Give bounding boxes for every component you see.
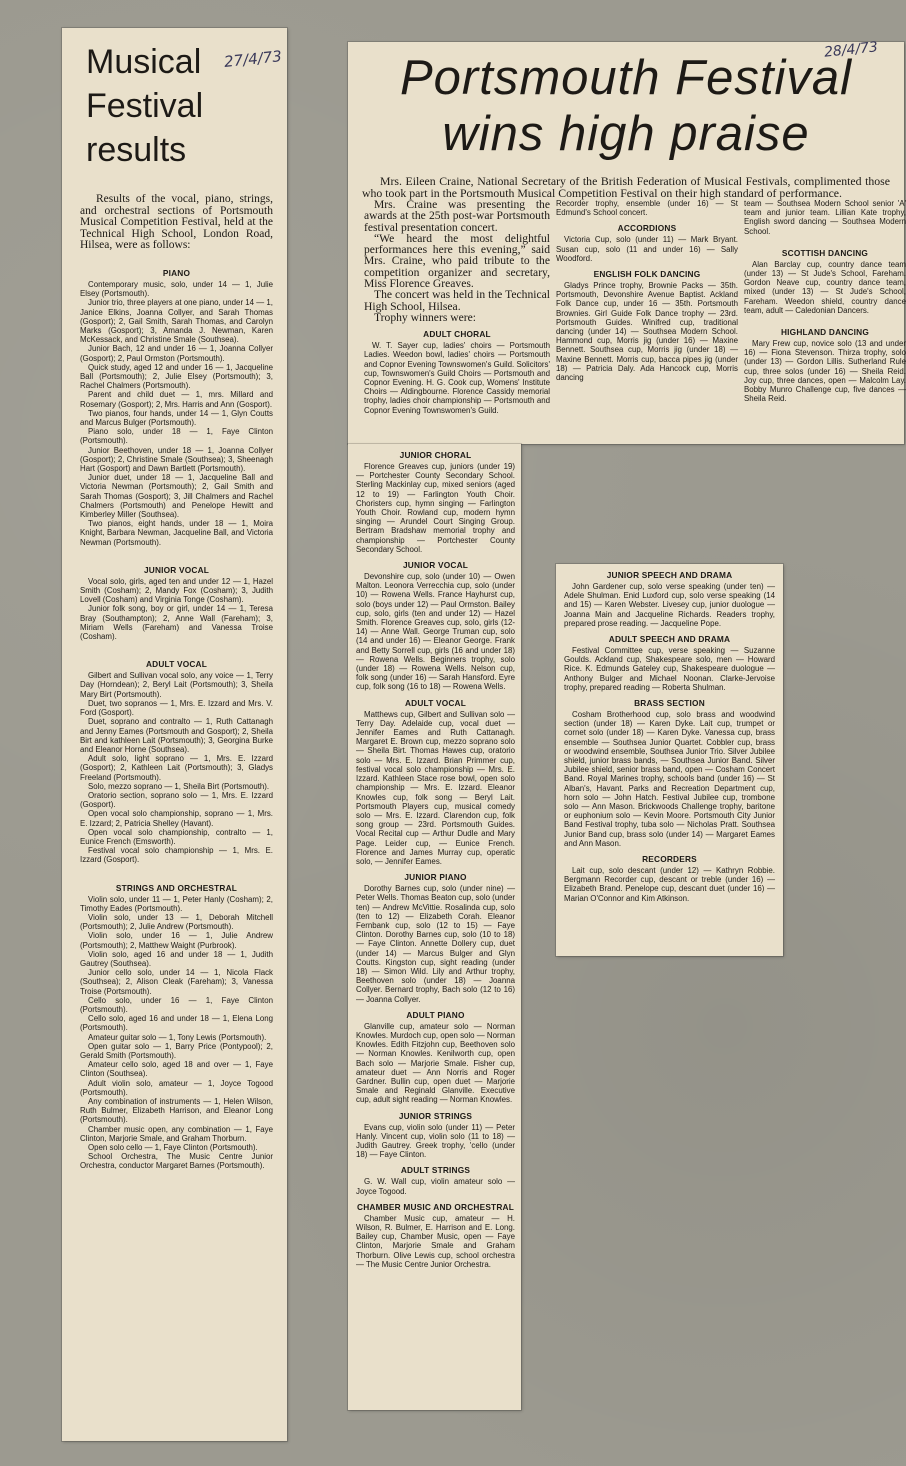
trophy-entry: Glanville cup, amateur solo — Norman Kno… [356,1022,515,1105]
section-heading: ADULT STRINGS [356,1165,515,1175]
article-paragraph: Mrs. Craine was presenting the awards at… [364,199,550,233]
section-heading: ACCORDIONS [556,223,738,233]
result-entry: Any combination of instruments — 1, Hele… [80,1097,273,1125]
result-entry: Open guitar solo — 1, Barry Price (Ponty… [80,1042,273,1060]
section-heading: ENGLISH FOLK DANCING [556,269,738,279]
result-entry: Junior folk song, boy or girl, under 14 … [80,604,273,641]
section-heading: JUNIOR VOCAL [356,560,515,570]
section-heading: SCOTTISH DANCING [744,248,906,258]
trophy-entry: G. W. Wall cup, violin amateur solo — Jo… [356,1177,515,1195]
left-clipping-musical-festival-results: 27/4/73 Musical Festival results Results… [62,28,287,1441]
section-heading: PIANO [80,268,273,278]
article-paragraph: “We heard the most delightful performanc… [364,233,550,289]
result-entry: Two pianos, four hands, under 14 — 1, Gl… [80,409,273,427]
result-entry: Junior trio, three players at one piano,… [80,298,273,344]
result-entry: Open vocal solo championship, soprano — … [80,809,273,827]
result-entry: Junior Beethoven, under 18 — 1, Joanna C… [80,446,273,474]
result-entry: Adult solo, light soprano — 1, Mrs. E. I… [80,754,273,782]
trophy-entry: Dorothy Barnes cup, solo (under nine) — … [356,884,515,1004]
result-entry: Violin solo, under 16 — 1, Julie Andrew … [80,931,273,949]
lower-column-continuation: JUNIOR CHORALFlorence Greaves cup, junio… [348,444,521,1410]
section-heading: ADULT VOCAL [80,659,273,669]
section-heading: STRINGS AND ORCHESTRAL [80,883,273,893]
trophy-entry: Festival Committee cup, verse speaking —… [564,646,775,692]
result-entry: Parent and child duet — 1, mrs. Millard … [80,390,273,408]
trophy-entry: Cosham Brotherhood cup, solo brass and w… [564,710,775,848]
column-3: team — Southsea Modern School senior 'A'… [744,199,906,403]
section-heading: ADULT CHORAL [364,329,550,339]
result-entry: Duet, soprano and contralto — 1, Ruth Ca… [80,717,273,754]
article-columns: Mrs. Craine was presenting the awards at… [356,199,896,429]
section-heading: JUNIOR VOCAL [80,565,273,575]
result-entry: Two pianos, eight hands, under 18 — 1, M… [80,519,273,547]
result-entry: Junior duet, under 18 — 1, Jacqueline Ba… [80,473,273,519]
result-entry: School Orchestra, The Music Centre Junio… [80,1152,273,1170]
result-entry: Duet, two sopranos — 1, Mrs. E. Izzard a… [80,699,273,717]
headline: Portsmouth Festival wins high praise [356,50,896,162]
trophy-entry: Alan Barclay cup, country dance team (un… [744,260,906,315]
result-entry: Open vocal solo championship, contralto … [80,828,273,846]
section-heading: HIGHLAND DANCING [744,327,906,337]
result-entry: Violin solo, under 11 — 1, Peter Hanly (… [80,895,273,913]
column-1: Mrs. Craine was presenting the awards at… [364,199,550,415]
section-heading: ADULT PIANO [356,1010,515,1020]
section-heading: JUNIOR CHORAL [356,450,515,460]
result-entry: Adult violin solo, amateur — 1, Joyce To… [80,1079,273,1097]
result-entry: Oratorio section, soprano solo — 1, Mrs.… [80,791,273,809]
side-clipping-speech-brass-recorders: JUNIOR SPEECH AND DRAMAJohn Gardener cup… [556,564,783,956]
trophy-entry: Florence Greaves cup, juniors (under 19)… [356,462,515,554]
trophy-entry: Victoria Cup, solo (under 11) — Mark Bry… [556,235,738,263]
result-entry: Junior cello solo, under 14 — 1, Nicola … [80,968,273,996]
result-entry: Chamber music open, any combination — 1,… [80,1125,273,1143]
article-paragraph: Trophy winners were: [364,312,550,323]
section-heading: ADULT SPEECH AND DRAMA [564,634,775,644]
result-entry: Piano solo, under 18 — 1, Faye Clinton (… [80,427,273,445]
result-entry: Cello solo, aged 16 and under 18 — 1, El… [80,1014,273,1032]
section-heading: JUNIOR PIANO [356,872,515,882]
trophy-entry: Chamber Music cup, amateur — H. Wilson, … [356,1214,515,1269]
trophy-entry: John Gardener cup, solo verse speaking (… [564,582,775,628]
result-entry: Violin solo, aged 16 and under 18 — 1, J… [80,950,273,968]
column-2: Recorder trophy, ensemble (under 16) — S… [556,199,738,382]
result-entry: Violin solo, under 13 — 1, Deborah Mitch… [80,913,273,931]
section-heading: ADULT VOCAL [356,698,515,708]
trophy-entry: Devonshire cup, solo (under 10) — Owen M… [356,572,515,692]
section-heading: RECORDERS [564,854,775,864]
result-entry: Solo, mezzo soprano — 1, Sheila Birt (Po… [80,782,273,791]
main-clipping-festival-praise: 28/4/73 Portsmouth Festival wins high pr… [348,42,904,444]
column-3-lead: team — Southsea Modern School senior 'A'… [744,199,906,236]
section-heading: BRASS SECTION [564,698,775,708]
trophy-entry: W. T. Sayer cup, ladies' choirs — Portsm… [364,341,550,415]
result-entry: Amateur cello solo, aged 18 and over — 1… [80,1060,273,1078]
result-entry: Festival vocal solo championship — 1, Mr… [80,846,273,864]
result-entry: Quick study, aged 12 and under 16 — 1, J… [80,363,273,391]
result-entry: Contemporary music, solo, under 14 — 1, … [80,280,273,298]
lede-paragraph: Mrs. Eileen Craine, National Secretary o… [362,176,890,199]
section-heading: JUNIOR SPEECH AND DRAMA [564,570,775,580]
section-heading: JUNIOR STRINGS [356,1111,515,1121]
result-entry: Cello solo, under 16 — 1, Faye Clinton (… [80,996,273,1014]
trophy-entry: Matthews cup, Gilbert and Sullivan solo … [356,710,515,866]
trophy-entry: Lait cup, solo descant (under 12) — Kath… [564,866,775,903]
clipping-intro: Results of the vocal, piano, strings, an… [80,194,273,252]
column-2-lead: Recorder trophy, ensemble (under 16) — S… [556,199,738,217]
article-paragraph: The concert was held in the Technical Hi… [364,289,550,312]
result-entry: Amateur guitar solo — 1, Tony Lewis (Por… [80,1033,273,1042]
results-sections: PIANOContemporary music, solo, under 14 … [80,268,273,1171]
section-heading: CHAMBER MUSIC AND ORCHESTRAL [356,1202,515,1212]
trophy-entry: Evans cup, violin solo (under 11) — Pete… [356,1123,515,1160]
result-entry: Junior Bach, 12 and under 16 — 1, Joanna… [80,344,273,362]
trophy-entry: Mary Frew cup, novice solo (13 and under… [744,339,906,403]
result-entry: Vocal solo, girls, aged ten and under 12… [80,577,273,605]
trophy-entry: Gladys Prince trophy, Brownie Packs — 35… [556,281,738,382]
result-entry: Open solo cello — 1, Faye Clinton (Ports… [80,1143,273,1152]
result-entry: Gilbert and Sullivan vocal solo, any voi… [80,671,273,699]
